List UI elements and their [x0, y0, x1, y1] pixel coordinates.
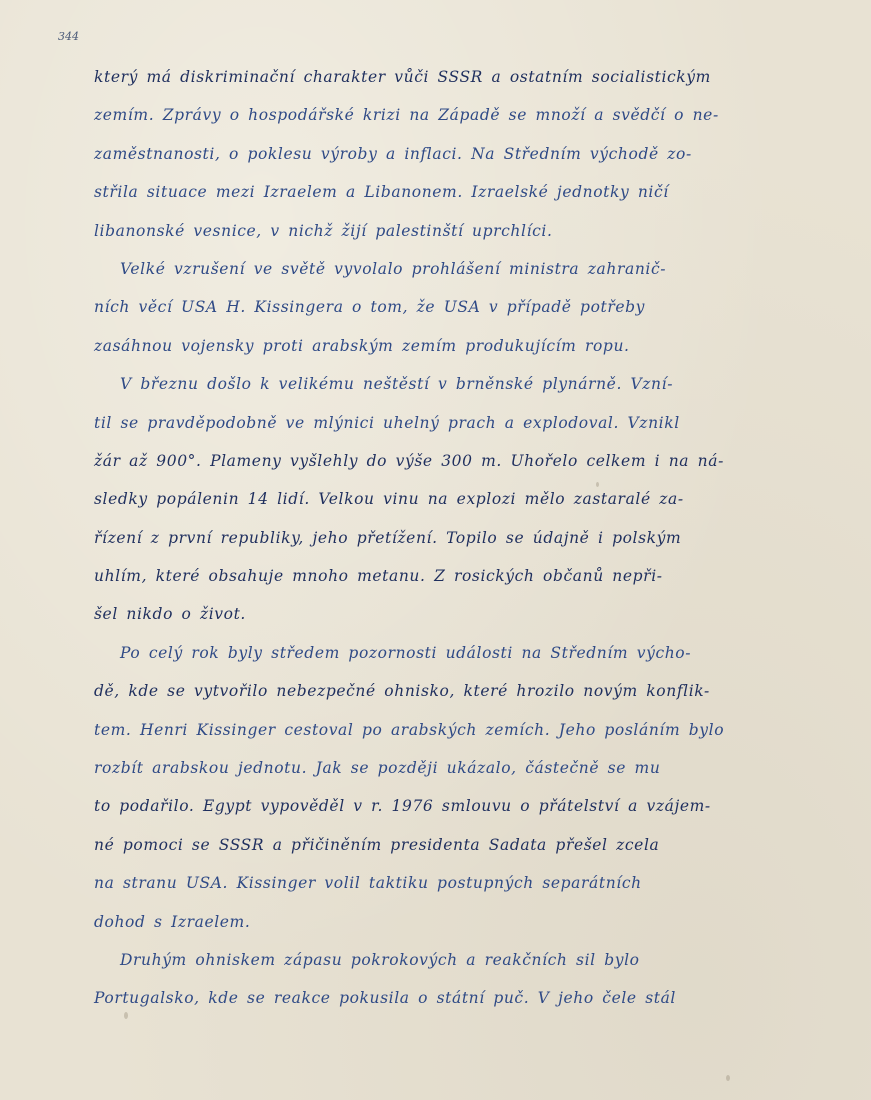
manuscript-page: 344 který má diskriminační charakter vůč… [0, 0, 871, 1100]
text-line: til se pravděpodobně ve mlýnici uhelný p… [94, 404, 824, 442]
text-line: Velké vzrušení ve světě vyvolalo prohláš… [94, 250, 824, 288]
text-line: šel nikdo o život. [94, 595, 824, 633]
paper-smudge [596, 482, 599, 487]
text-line: sledky popálenin 14 lidí. Velkou vinu na… [94, 480, 824, 518]
text-line: na stranu USA. Kissinger volil taktiku p… [94, 864, 824, 902]
text-line: zaměstnanosti, o poklesu výroby a inflac… [94, 135, 824, 173]
text-line: ních věcí USA H. Kissingera o tom, že US… [94, 288, 824, 326]
text-line: V březnu došlo k velikému neštěstí v brn… [94, 365, 824, 403]
text-line: Po celý rok byly středem pozornosti udál… [94, 634, 824, 672]
text-line: zasáhnou vojensky proti arabským zemím p… [94, 327, 824, 365]
text-line: střila situace mezi Izraelem a Libanonem… [94, 173, 824, 211]
text-line: zemím. Zprávy o hospodářské krizi na Záp… [94, 96, 824, 134]
text-line: rozbít arabskou jednotu. Jak se později … [94, 749, 824, 787]
text-line: dě, kde se vytvořilo nebezpečné ohnisko,… [94, 672, 824, 710]
paper-smudge [726, 1075, 730, 1081]
text-line: který má diskriminační charakter vůči SS… [94, 58, 824, 96]
text-line: uhlím, které obsahuje mnoho metanu. Z ro… [94, 557, 824, 595]
text-line: libanonské vesnice, v nichž žijí palesti… [94, 212, 824, 250]
text-line: Portugalsko, kde se reakce pokusila o st… [94, 979, 824, 1017]
text-line: řízení z první republiky, jeho přetížení… [94, 519, 824, 557]
text-line: to podařilo. Egypt vypověděl v r. 1976 s… [94, 787, 824, 825]
text-line: tem. Henri Kissinger cestoval po arabský… [94, 711, 824, 749]
text-line: né pomoci se SSSR a přičiněním president… [94, 826, 824, 864]
text-line: žár až 900°. Plameny vyšlehly do výše 30… [94, 442, 824, 480]
handwritten-text-block: který má diskriminační charakter vůči SS… [94, 58, 824, 1018]
page-number: 344 [58, 30, 79, 43]
text-line: dohod s Izraelem. [94, 903, 824, 941]
text-line: Druhým ohniskem zápasu pokrokových a rea… [94, 941, 824, 979]
paper-smudge [124, 1012, 128, 1019]
